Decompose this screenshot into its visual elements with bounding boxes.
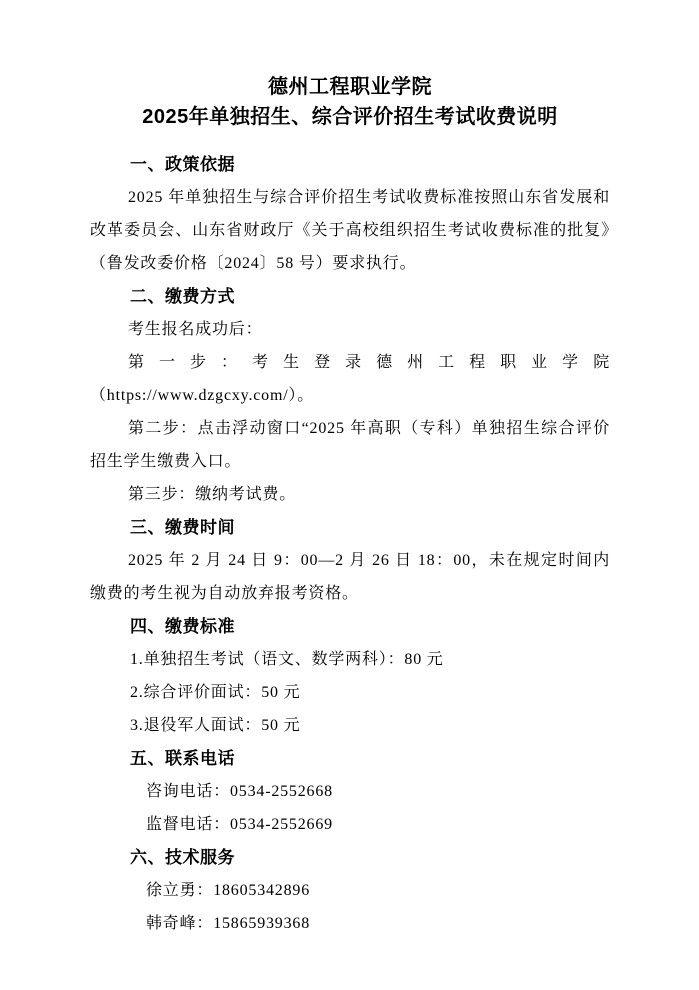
section-heading-policy-basis: 一、政策依据 — [90, 148, 610, 181]
policy-basis-paragraph: 2025 年单独招生与综合评价招生考试收费标准按照山东省发展和改革委员会、山东省… — [90, 181, 610, 280]
section-heading-technical-service: 六、技术服务 — [90, 841, 610, 874]
tech-contact-xu-liyong: 徐立勇：18605342896 — [90, 874, 610, 907]
payment-time-paragraph: 2025 年 2 月 24 日 9：00—2 月 26 日 18：00，未在规定… — [90, 544, 610, 610]
tech-contact-han-qifeng: 韩奇峰：15865939368 — [90, 907, 610, 940]
contact-consultation-phone: 咨询电话：0534-2552668 — [90, 775, 610, 808]
payment-intro-paragraph: 考生报名成功后： — [90, 313, 610, 346]
payment-step-2-paragraph: 第二步：点击浮动窗口“2025 年高职（专科）单独招生综合评价招生学生缴费入口。 — [90, 412, 610, 478]
document-title-line-1: 德州工程职业学院 — [90, 72, 610, 102]
section-heading-contact-phone: 五、联系电话 — [90, 742, 610, 775]
section-heading-payment-time: 三、缴费时间 — [90, 511, 610, 544]
document-title-line-2: 2025年单独招生、综合评价招生考试收费说明 — [90, 102, 610, 132]
fee-item-single-recruitment-exam: 1.单独招生考试（语文、数学两科）：80 元 — [90, 643, 610, 676]
payment-step-3-paragraph: 第三步：缴纳考试费。 — [90, 478, 610, 511]
payment-step-1-paragraph: 第一步：考生登录德州工程职业学院（https://www.dzgcxy.com/… — [90, 346, 610, 412]
contact-supervision-phone: 监督电话：0534-2552669 — [90, 808, 610, 841]
fee-item-comprehensive-evaluation-interview: 2.综合评价面试：50 元 — [90, 676, 610, 709]
fee-item-veteran-interview: 3.退役军人面试：50 元 — [90, 709, 610, 742]
document-page: 德州工程职业学院 2025年单独招生、综合评价招生考试收费说明 一、政策依据 2… — [0, 0, 699, 990]
section-heading-payment-standard: 四、缴费标准 — [90, 610, 610, 643]
section-heading-payment-method: 二、缴费方式 — [90, 280, 610, 313]
